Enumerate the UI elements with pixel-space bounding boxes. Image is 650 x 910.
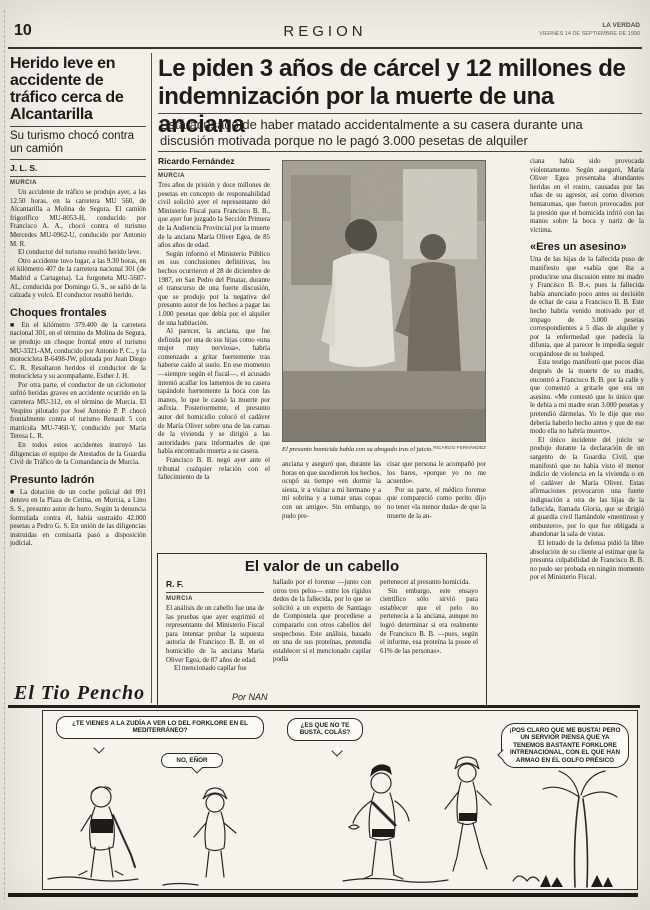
main-column-4: ciana había sido provocada violentamente… bbox=[530, 158, 644, 704]
comic-author: Por NAN bbox=[232, 692, 268, 702]
masthead-name: LA VERDAD bbox=[539, 22, 640, 29]
photo-illustration bbox=[283, 161, 485, 441]
box-paragraph: hallado por el forense —junto con otros … bbox=[273, 579, 371, 665]
box-paragraph: pertenecer al presunto homicida. bbox=[380, 579, 478, 588]
masthead-date: VIERNES 14 DE SEPTIEMBRE DE 1990 bbox=[539, 31, 640, 37]
sidebar-paragraph: Por otra parte, el conductor de un ciclo… bbox=[10, 382, 146, 442]
box-title: El valor de un cabello bbox=[166, 558, 478, 575]
photo-caption-row: El presunto homicida habla con su abogad… bbox=[282, 446, 486, 453]
main-paragraph: anciana y aseguró que, durante las horas… bbox=[282, 461, 381, 521]
speech-bubble: ¡POS CLARO QUE ME BUSTA! PERO UN SERVIOR… bbox=[501, 723, 629, 768]
speech-bubble: ¿ES QUE NO TE BUSTA, COLÁS? bbox=[287, 718, 363, 741]
box-dateline: MURCIA bbox=[166, 596, 264, 602]
main-paragraph: Tres años de prisión y doce millones de … bbox=[158, 182, 270, 251]
column-divider bbox=[151, 53, 152, 703]
bottom-rule bbox=[8, 893, 638, 897]
main-paragraph: Al parecer, la anciana, que fue definida… bbox=[158, 328, 270, 457]
main-paragraph: Según informó el Ministerio Público en s… bbox=[158, 251, 270, 328]
main-paragraph: ciana había sido provocada violentamente… bbox=[530, 158, 644, 235]
box-column-1: R. F. MURCIA El análisis de un cabello f… bbox=[166, 579, 264, 691]
article-photo bbox=[282, 160, 486, 442]
main-column-2: anciana y aseguró que, durante las horas… bbox=[282, 461, 381, 549]
main-paragraph: Una de las hijas de la fallecida puso de… bbox=[530, 256, 644, 359]
sidebar-paragraph: ■ En el kilómetro 379.400 de la carreter… bbox=[10, 322, 146, 382]
main-paragraph: Por su parte, el médico forense que comp… bbox=[387, 487, 486, 521]
comic-panel: ¿TE VIENES A LA ZUDÍA A VER LO DEL FORKL… bbox=[42, 710, 638, 890]
sidebar-section-title: Choques frontales bbox=[10, 307, 146, 319]
newspaper-page: 10 REGION LA VERDAD VIERNES 14 DE SEPTIE… bbox=[0, 0, 650, 910]
sidebar-headline: Herido leve en accidente de tráfico cerc… bbox=[10, 55, 146, 123]
sidebar-section-title: Presunto ladrón bbox=[10, 474, 146, 486]
sub-story-box: El valor de un cabello R. F. MURCIA El a… bbox=[157, 553, 487, 706]
main-paragraph: El letrado de la defensa pidió la libre … bbox=[530, 540, 644, 583]
photo-credit: RICARDO FERNÁNDEZ bbox=[433, 446, 486, 451]
sidebar-paragraph: El conductor del turismo resultó herido … bbox=[10, 249, 146, 258]
main-paragraph: Esta testigo manifestó que pocos días de… bbox=[530, 359, 644, 436]
page-header: 10 REGION LA VERDAD VIERNES 14 DE SEPTIE… bbox=[8, 20, 642, 46]
box-paragraph: Sin embargo, este ensayo científico sólo… bbox=[380, 588, 478, 657]
sidebar-paragraph: ■ La dotación de un coche policial del 0… bbox=[10, 489, 146, 549]
main-paragraph: cisar que persona le acompañó por los ba… bbox=[387, 461, 486, 487]
main-paragraph: El único incidente del juicio se produjo… bbox=[530, 437, 644, 540]
comic-title: El Tio Pencho bbox=[14, 682, 145, 705]
sidebar-article: Herido leve en accidente de tráfico cerc… bbox=[10, 55, 146, 703]
main-column-3: cisar que persona le acompañó por los ba… bbox=[387, 461, 486, 549]
sidebar-byline: J. L. S. bbox=[10, 163, 146, 173]
box-column-3: pertenecer al presunto homicida. Sin emb… bbox=[380, 579, 478, 691]
header-rule bbox=[8, 47, 642, 49]
box-paragraph: El análisis de un cabello fue una de las… bbox=[166, 605, 264, 665]
comic-rule bbox=[8, 705, 640, 708]
sidebar-subhead: Su turismo chocó contra un camión bbox=[10, 130, 146, 156]
main-crosshead: «Eres un asesino» bbox=[530, 241, 644, 253]
sidebar-dateline: MURCIA bbox=[10, 180, 146, 186]
masthead: LA VERDAD VIERNES 14 DE SEPTIEMBRE DE 19… bbox=[539, 22, 640, 37]
main-paragraph: Francisco B. B. negó ayer ante el tribun… bbox=[158, 457, 270, 483]
box-paragraph: El mencionado capilar fue bbox=[166, 665, 264, 674]
sidebar-paragraph: Otro accidente tuvo lugar, a las 9.30 ho… bbox=[10, 258, 146, 301]
rule bbox=[158, 113, 642, 114]
sidebar-paragraph: En todos estos accidentes instruyó las d… bbox=[10, 442, 146, 468]
box-column-2: hallado por el forense —junto con otros … bbox=[273, 579, 371, 691]
fold-mark bbox=[4, 10, 5, 900]
main-subhead: Está acusado de haber matado accidentalm… bbox=[160, 117, 640, 149]
sidebar-paragraph: Un accidente de tráfico se produjo ayer,… bbox=[10, 189, 146, 249]
main-byline: Ricardo Fernández bbox=[158, 156, 270, 166]
main-column-1: Ricardo Fernández MURCIA Tres años de pr… bbox=[158, 156, 270, 548]
speech-bubble: ¿TE VIENES A LA ZUDÍA A VER LO DEL FORKL… bbox=[56, 716, 264, 739]
photo-caption: El presunto homicida habla con su abogad… bbox=[282, 446, 433, 453]
main-dateline: MURCIA bbox=[158, 173, 270, 179]
rule bbox=[158, 151, 642, 152]
box-byline: R. F. bbox=[166, 579, 264, 589]
